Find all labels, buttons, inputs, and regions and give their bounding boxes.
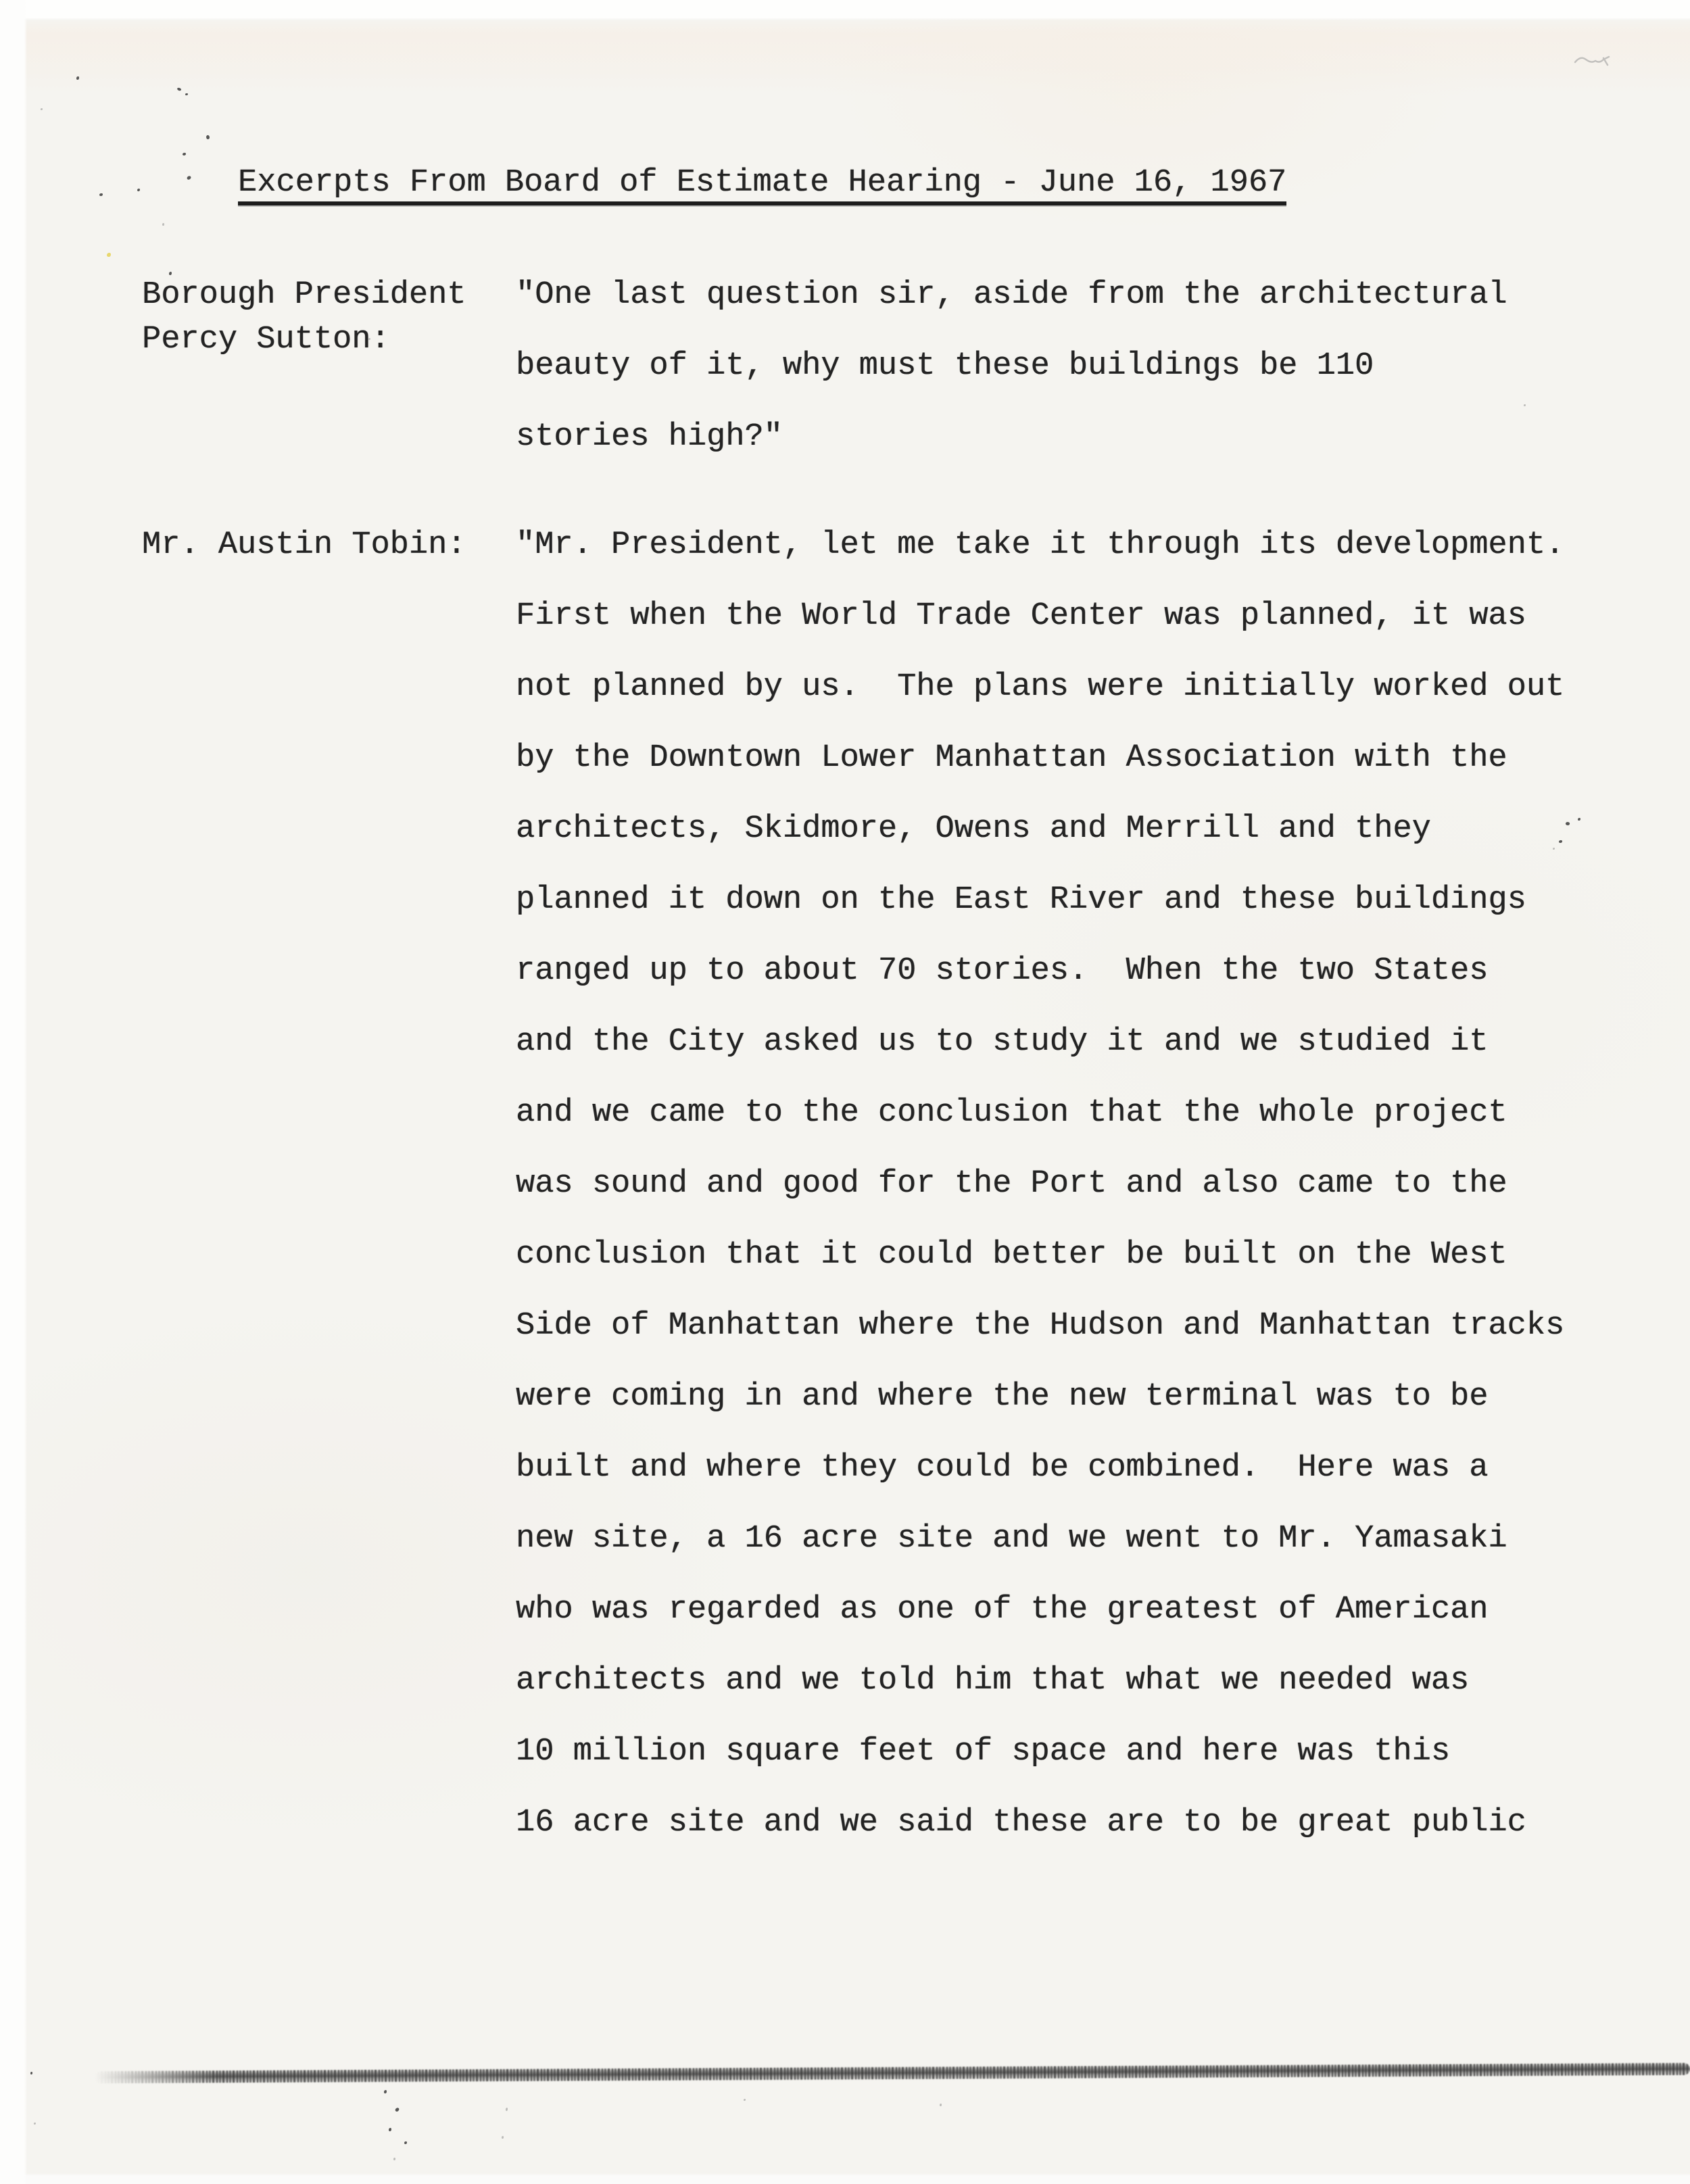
scan-speck (744, 2099, 746, 2101)
scan-speck (404, 2141, 407, 2144)
scan-speck (176, 87, 181, 91)
scan-speck (506, 2108, 508, 2111)
scan-speck (393, 2158, 395, 2160)
scan-streak-artifact (95, 2063, 1690, 2083)
scan-speck (1565, 821, 1570, 826)
scan-speck (206, 135, 210, 140)
scan-speck (183, 153, 186, 155)
quote-percy-sutton: "One last question sir, aside from the a… (516, 260, 1507, 472)
scan-speck (187, 175, 192, 180)
scan-speck (34, 2122, 36, 2125)
speaker-label-austin-tobin: Mr. Austin Tobin: (142, 523, 466, 568)
scan-speck (940, 2104, 942, 2106)
scan-speck (1524, 404, 1526, 406)
scan-speck (137, 189, 140, 191)
scan-speck (395, 2107, 400, 2112)
scan-speck (107, 253, 111, 257)
speaker-label-percy-sutton: Borough President Percy Sutton: (142, 273, 466, 362)
document-title: Excerpts From Board of Estimate Hearing … (238, 167, 1286, 205)
scan-speck (99, 193, 103, 196)
scan-speck (162, 223, 164, 226)
scan-speck (76, 76, 79, 80)
scan-speck (185, 93, 188, 95)
pen-squiggle-mark (1574, 53, 1614, 70)
scan-speck (30, 2072, 32, 2074)
scanned-document-page: Excerpts From Board of Estimate Hearing … (0, 0, 1690, 2184)
scan-speck (389, 2128, 391, 2131)
quote-austin-tobin: "Mr. President, let me take it through i… (516, 510, 1564, 1858)
scan-speck (502, 2136, 504, 2139)
scan-speck (41, 108, 43, 110)
scan-speck (1578, 818, 1580, 821)
scan-speck (384, 2090, 387, 2093)
